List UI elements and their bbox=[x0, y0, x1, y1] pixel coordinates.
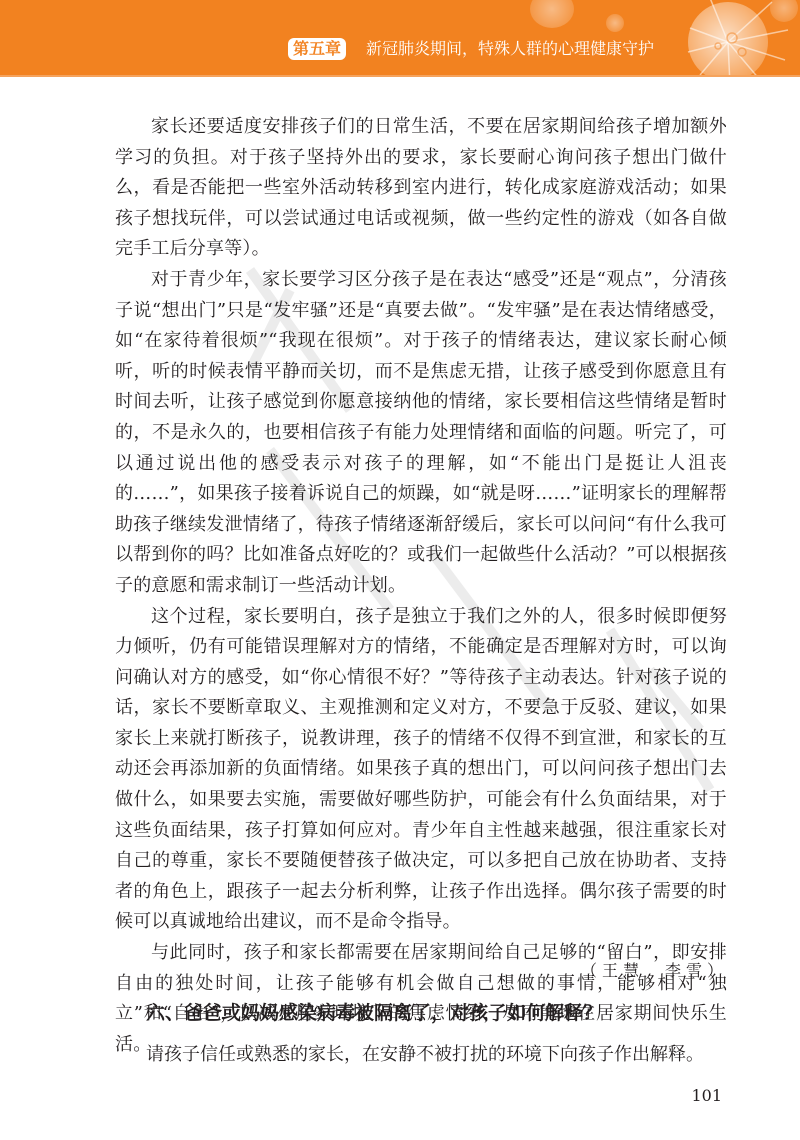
section-heading: 六、爸爸或妈妈感染病毒被隔离了，对孩子如何解释？ bbox=[146, 998, 602, 1025]
virus-illustration-icon bbox=[606, 14, 624, 32]
chapter-header-banner: 第五章 新冠肺炎期间，特殊人群的心理健康守护 bbox=[0, 0, 800, 75]
chapter-badge: 第五章 bbox=[288, 38, 346, 60]
chapter-title: 新冠肺炎期间，特殊人群的心理健康守护 bbox=[366, 38, 654, 60]
virus-spikes-icon bbox=[660, 0, 800, 75]
virus-illustration-icon bbox=[530, 0, 574, 28]
paragraph: 对于青少年，家长要学习区分孩子是在表达“感受”还是“观点”，分清孩子说“想出门”… bbox=[115, 265, 727, 602]
header-divider bbox=[0, 75, 800, 77]
page-number: 101 bbox=[691, 1086, 722, 1105]
article-body: 家长还要适度安排孩子们的日常生活，不要在居家期间给孩子增加额外学习的负担。对于孩… bbox=[115, 112, 727, 1060]
author-signature: （王慧 李雪） bbox=[581, 958, 728, 981]
section-first-line: 请孩子信任或熟悉的家长，在安静不被打扰的环境下向孩子作出解释。 bbox=[146, 1040, 704, 1066]
paragraph: 这个过程，家长要明白，孩子是独立于我们之外的人，很多时候即便努力倾听，仍有可能错… bbox=[115, 602, 727, 939]
paragraph: 家长还要适度安排孩子们的日常生活，不要在居家期间给孩子增加额外学习的负担。对于孩… bbox=[115, 112, 727, 265]
